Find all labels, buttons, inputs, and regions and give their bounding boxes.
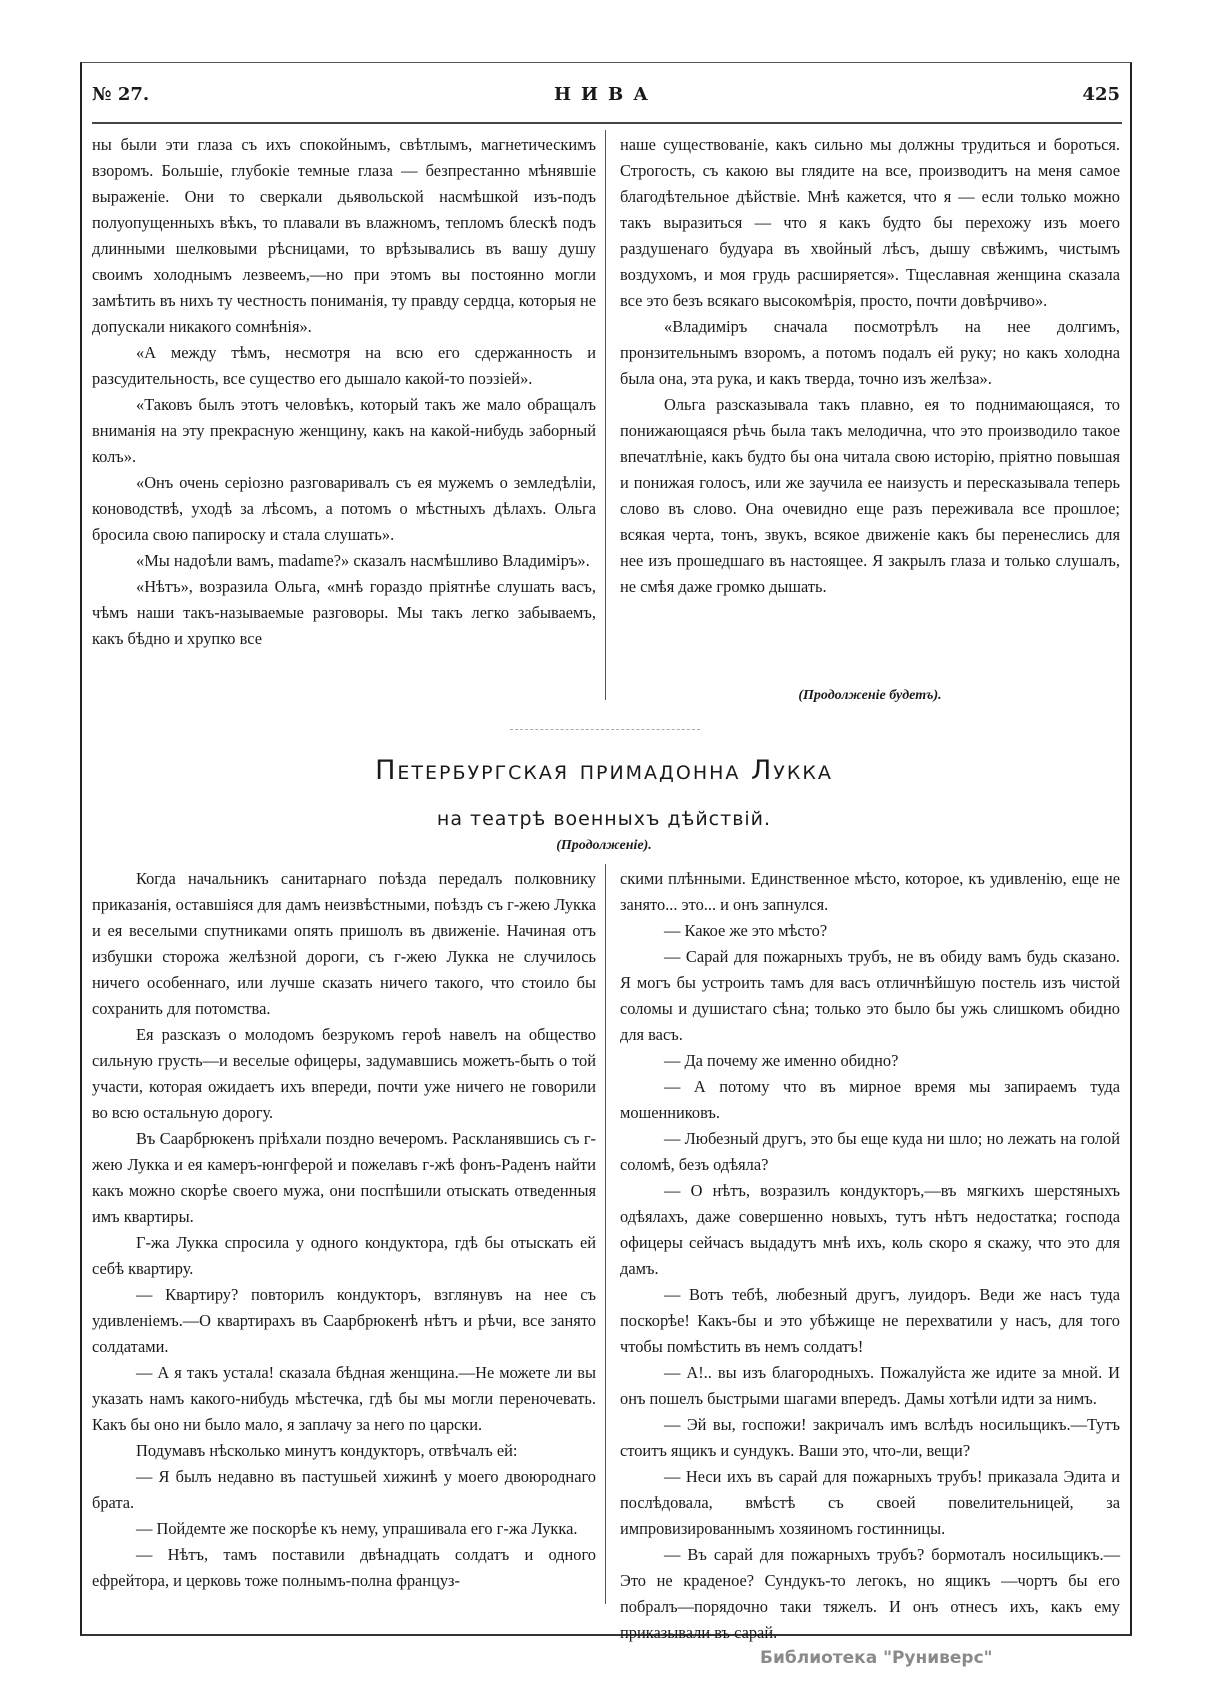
magazine-title: НИВА <box>92 84 1120 105</box>
paragraph: — Нѣтъ, тамъ поставили двѣнадцать солдат… <box>92 1542 596 1594</box>
paragraph: Когда начальникъ санитарнаго поѣзда пере… <box>92 866 596 1022</box>
paragraph: Въ Саарбрюкенъ пріѣхали поздно вечеромъ.… <box>92 1126 596 1230</box>
paragraph: наше существованіе, какъ сильно мы должн… <box>620 132 1120 314</box>
paragraph: «Владиміръ сначала посмотрѣлъ на нее дол… <box>620 314 1120 392</box>
paragraph: Г-жа Лукка спросила у одного кондуктора,… <box>92 1230 596 1282</box>
upper-left-column: ны были эти глаза съ ихъ спокойнымъ, свѣ… <box>92 132 596 652</box>
article-left-column: Когда начальникъ санитарнаго поѣзда пере… <box>92 866 596 1594</box>
paragraph: «Нѣтъ», возразила Ольга, «мнѣ гораздо пр… <box>92 574 596 652</box>
paragraph: — Сарай для пожарныхъ трубъ, не въ обиду… <box>620 944 1120 1048</box>
paragraph: — О нѣтъ, возразилъ кондукторъ,—въ мягки… <box>620 1178 1120 1282</box>
column-divider <box>605 864 606 1604</box>
paragraph: — Да почему же именно обидно? <box>620 1048 1120 1074</box>
paragraph: «Онъ очень серіозно разговаривалъ съ ея … <box>92 470 596 548</box>
article-continuation-label: (Продолженіе). <box>0 838 1208 854</box>
article-right-column: скими плѣнными. Единственное мѣсто, кото… <box>620 866 1120 1646</box>
section-separator <box>510 729 700 730</box>
running-header: № 27. НИВА 425 <box>92 80 1120 110</box>
paragraph: — Неси ихъ въ сарай для пожарныхъ трубъ!… <box>620 1464 1120 1542</box>
library-watermark: Библиотека "Руниверс" <box>760 1648 993 1668</box>
column-divider <box>605 130 606 700</box>
paragraph: — Вотъ тебѣ, любезный другъ, луидоръ. Ве… <box>620 1282 1120 1360</box>
paragraph: — А я такъ устала! сказала бѣдная женщин… <box>92 1360 596 1438</box>
page-number: 425 <box>1082 84 1120 105</box>
paragraph: «А между тѣмъ, несмотря на всю его сдерж… <box>92 340 596 392</box>
paragraph: скими плѣнными. Единственное мѣсто, кото… <box>620 866 1120 918</box>
paragraph: — А потому что въ мирное время мы запира… <box>620 1074 1120 1126</box>
paragraph: Подумавъ нѣсколько минутъ кондукторъ, от… <box>92 1438 596 1464</box>
header-rule <box>92 122 1122 124</box>
upper-right-column: наше существованіе, какъ сильно мы должн… <box>620 132 1120 600</box>
paragraph: — Какое же это мѣсто? <box>620 918 1120 944</box>
paragraph: — Я былъ недавно въ пастушьей хижинѣ у м… <box>92 1464 596 1516</box>
article-subtitle: на театрѣ военныхъ дѣйствій. <box>0 808 1208 830</box>
paragraph: Ольга разсказывала такъ плавно, ея то по… <box>620 392 1120 600</box>
paragraph: — Квартиру? повторилъ кондукторъ, взглян… <box>92 1282 596 1360</box>
paragraph: ны были эти глаза съ ихъ спокойнымъ, свѣ… <box>92 132 596 340</box>
continuation-note: (Продолженіе будетъ). <box>620 688 1120 704</box>
paragraph: «Таковъ былъ этотъ человѣкъ, который так… <box>92 392 596 470</box>
paragraph: — А!.. вы изъ благородныхъ. Пожалуйста ж… <box>620 1360 1120 1412</box>
paragraph: — Любезный другъ, это бы еще куда ни шло… <box>620 1126 1120 1178</box>
paragraph: — Въ сарай для пожарныхъ трубъ? бормотал… <box>620 1542 1120 1646</box>
paragraph: — Пойдемте же поскорѣе къ нему, упрашива… <box>92 1516 596 1542</box>
paragraph: «Мы надоѣли вамъ, madame?» сказалъ насмѣ… <box>92 548 596 574</box>
paragraph: Ея разсказъ о молодомъ безрукомъ героѣ н… <box>92 1022 596 1126</box>
article-title: Петербургская примадонна Лукка <box>0 755 1208 786</box>
paragraph: — Эй вы, госпожи! закричалъ имъ вслѣдъ н… <box>620 1412 1120 1464</box>
